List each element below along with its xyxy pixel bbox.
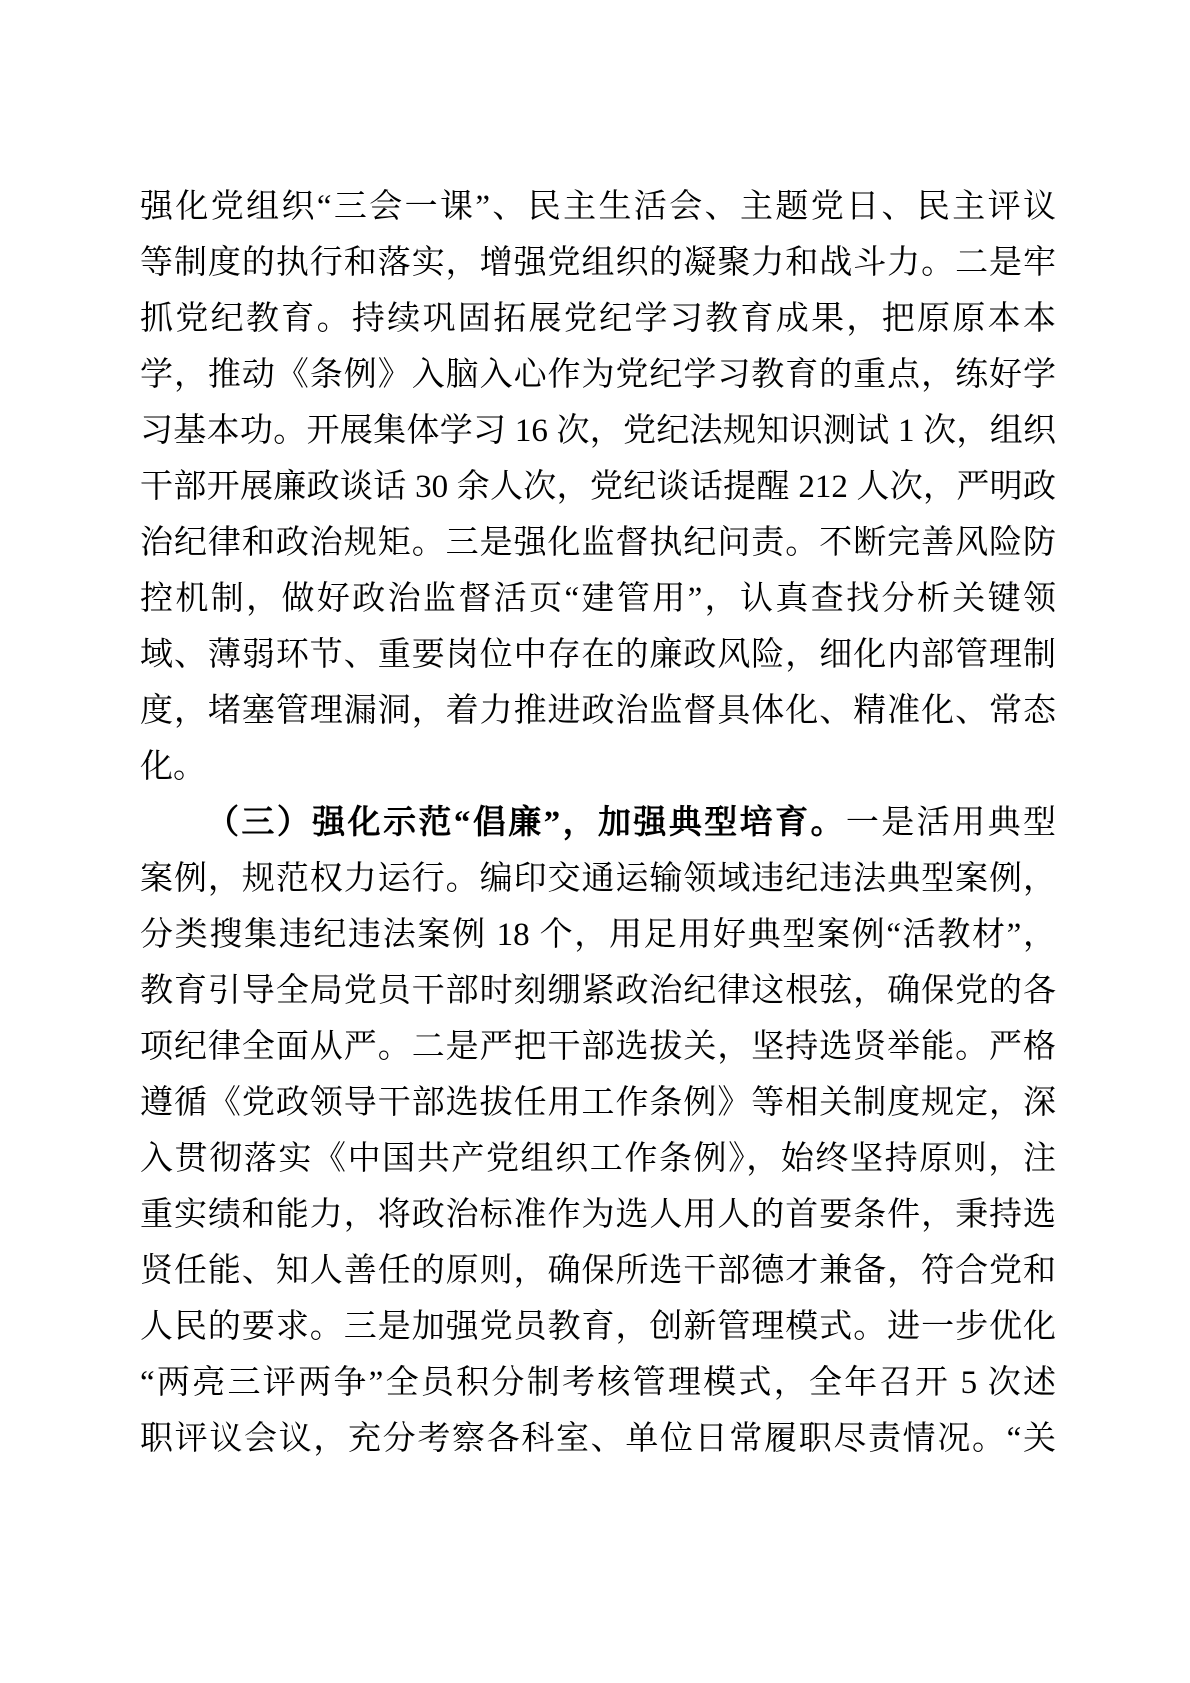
text-line: 域、薄弱环节、重要岗位中存在的廉政风险，细化内部管理制 <box>140 627 1056 683</box>
text-line: 遵循《党政领导干部选拔任用工作条例》等相关制度规定，深 <box>140 1075 1056 1131</box>
text-line: 分类搜集违纪违法案例 18 个，用足用好典型案例“活教材”， <box>140 907 1056 963</box>
document-page: 强化党组织“三会一课”、民主生活会、主题党日、民主评议 等制度的执行和落实，增强… <box>0 0 1190 1683</box>
text-line: 化。 <box>140 739 1056 795</box>
text-line: 贤任能、知人善任的原则，确保所选干部德才兼备，符合党和 <box>140 1243 1056 1299</box>
text-line: 教育引导全局党员干部时刻绷紧政治纪律这根弦，确保党的各 <box>140 963 1056 1019</box>
text-line: “两亮三评两争”全员积分制考核管理模式，全年召开 5 次述 <box>140 1355 1056 1411</box>
text-line: 干部开展廉政谈话 30 余人次，党纪谈话提醒 212 人次，严明政 <box>140 459 1056 515</box>
section-heading: （三）强化示范“倡廉”，加强典型培育。 <box>206 805 846 841</box>
text-line: 入贯彻落实《中国共产党组织工作条例》，始终坚持原则，注 <box>140 1131 1056 1187</box>
section-heading-continuation: 一是活用典型 <box>846 805 1056 841</box>
text-line: 等制度的执行和落实，增强党组织的凝聚力和战斗力。二是牢 <box>140 235 1056 291</box>
text-line: 习基本功。开展集体学习 16 次，党纪法规知识测试 1 次，组织 <box>140 403 1056 459</box>
text-line: 案例，规范权力运行。编印交通运输领域违纪违法典型案例， <box>140 851 1056 907</box>
text-line-with-heading: （三）强化示范“倡廉”，加强典型培育。一是活用典型 <box>140 795 1056 851</box>
text-line: 职评议会议，充分考察各科室、单位日常履职尽责情况。“关 <box>140 1411 1056 1467</box>
text-line: 重实绩和能力，将政治标准作为选人用人的首要条件，秉持选 <box>140 1187 1056 1243</box>
text-line: 人民的要求。三是加强党员教育，创新管理模式。进一步优化 <box>140 1299 1056 1355</box>
text-line: 治纪律和政治规矩。三是强化监督执纪问责。不断完善风险防 <box>140 515 1056 571</box>
text-line: 强化党组织“三会一课”、民主生活会、主题党日、民主评议 <box>140 179 1056 235</box>
text-line: 项纪律全面从严。二是严把干部选拔关，坚持选贤举能。严格 <box>140 1019 1056 1075</box>
text-line: 度，堵塞管理漏洞，着力推进政治监督具体化、精准化、常态 <box>140 683 1056 739</box>
document-text-block: 强化党组织“三会一课”、民主生活会、主题党日、民主评议 等制度的执行和落实，增强… <box>140 179 1056 1467</box>
text-line: 控机制，做好政治监督活页“建管用”，认真查找分析关键领 <box>140 571 1056 627</box>
paragraph-1: 强化党组织“三会一课”、民主生活会、主题党日、民主评议 等制度的执行和落实，增强… <box>140 179 1056 795</box>
text-line: 抓党纪教育。持续巩固拓展党纪学习教育成果，把原原本本 <box>140 291 1056 347</box>
text-line: 学，推动《条例》入脑入心作为党纪学习教育的重点，练好学 <box>140 347 1056 403</box>
paragraph-2: （三）强化示范“倡廉”，加强典型培育。一是活用典型 案例，规范权力运行。编印交通… <box>140 795 1056 1467</box>
